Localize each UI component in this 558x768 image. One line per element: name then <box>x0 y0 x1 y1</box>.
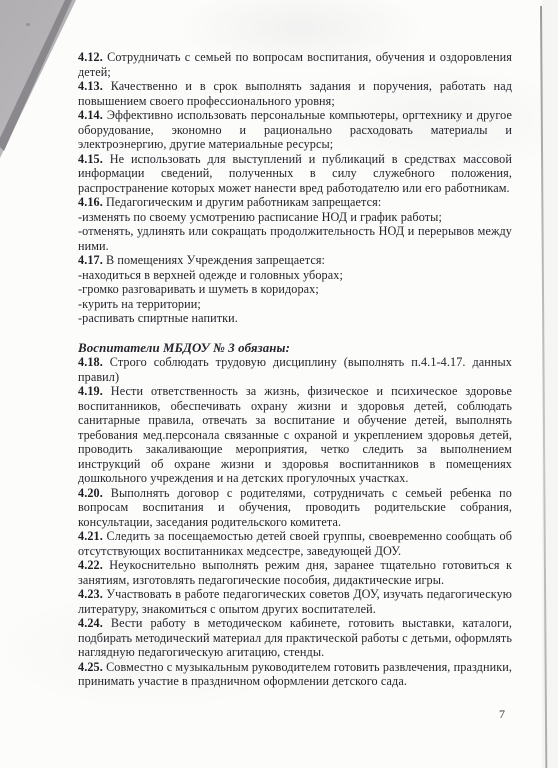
paragraph-number: 4.14. <box>78 108 103 122</box>
paragraph: 4.22. Неукоснительно выполнять режим дня… <box>78 558 512 587</box>
paragraph-number: 4.24. <box>78 616 103 630</box>
paragraph: 4.17. В помещениях Учреждения запрещаетс… <box>78 253 512 268</box>
paragraph: 4.24. Вести работу в методическом кабине… <box>78 616 512 660</box>
list-line: -отменять, удлинять или сокращать продол… <box>78 224 512 253</box>
paragraph-number: 4.22. <box>78 558 103 572</box>
paragraph: 4.15. Не использовать для выступлений и … <box>78 152 512 196</box>
paragraph-number: 4.15. <box>78 152 103 166</box>
section-gap <box>78 326 512 341</box>
list-line: -распивать спиртные напитки. <box>78 311 512 326</box>
document-text-block: 4.12. Сотрудничать с семьей по вопросам … <box>78 50 512 689</box>
paragraph: 4.14. Эффективно использовать персональн… <box>78 108 512 152</box>
paragraph-number: 4.17. <box>78 253 103 267</box>
paragraph-number: 4.20. <box>78 486 103 500</box>
list-line: -курить на территории; <box>78 297 512 312</box>
list-line: -находиться в верхней одежде и головных … <box>78 268 512 283</box>
paragraph-number: 4.21. <box>78 529 103 543</box>
paragraph: 4.23. Участвовать в работе педагогически… <box>78 587 512 616</box>
paragraph: 4.18. Строго соблюдать трудовую дисципли… <box>78 355 512 384</box>
paragraph: 4.21. Следить за посещаемостью детей сво… <box>78 529 512 558</box>
paragraph: 4.13. Качественно и в срок выполнять зад… <box>78 79 512 108</box>
dust-speck <box>26 23 30 26</box>
paragraph: 4.20. Выполнять договор с родителями, со… <box>78 486 512 530</box>
paragraph-number: 4.12. <box>78 50 103 64</box>
paragraph-number: 4.13. <box>78 79 103 93</box>
scanned-page: 4.12. Сотрудничать с семьей по вопросам … <box>0 0 558 768</box>
section-heading: Воспитатели МБДОУ № 3 обязаны: <box>78 341 512 356</box>
page-number: 7 <box>499 707 505 722</box>
paragraph: 4.16. Педагогическим и другим работникам… <box>78 195 512 210</box>
paragraph-number: 4.16. <box>78 195 103 209</box>
paragraph-number: 4.19. <box>78 384 103 398</box>
paragraph: 4.19. Нести ответственность за жизнь, фи… <box>78 384 512 486</box>
list-line: -громко разговаривать и шуметь в коридор… <box>78 282 512 297</box>
paragraph: 4.12. Сотрудничать с семьей по вопросам … <box>78 50 512 79</box>
paragraph-number: 4.18. <box>78 355 103 369</box>
paragraph-number: 4.23. <box>78 587 103 601</box>
list-line: -изменять по своему усмотрению расписани… <box>78 210 512 225</box>
paragraph: 4.25. Совместно с музыкальным руководите… <box>78 660 512 689</box>
paragraph-number: 4.25. <box>78 660 103 674</box>
